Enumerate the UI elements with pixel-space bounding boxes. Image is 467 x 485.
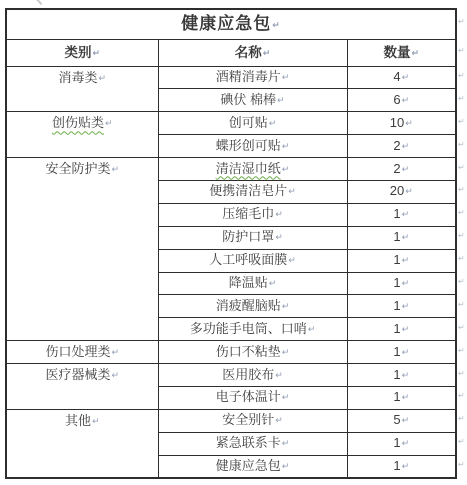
- end-of-cell-mark: ↵: [277, 95, 285, 105]
- item-quantity-cell[interactable]: 5↵: [347, 409, 456, 432]
- end-of-cell-mark: ↵: [275, 209, 283, 219]
- item-quantity: 2: [393, 138, 400, 153]
- end-of-cell-mark: ↵: [402, 324, 410, 334]
- item-name: 创可贴: [229, 115, 268, 130]
- item-name: 紧急联系卡: [216, 435, 281, 450]
- item-quantity-cell[interactable]: 1↵: [347, 386, 456, 409]
- end-of-cell-mark: ↵: [282, 164, 290, 174]
- item-quantity: 5: [393, 412, 400, 427]
- end-of-cell-mark: ↵: [402, 232, 410, 242]
- item-quantity: 1: [393, 344, 400, 359]
- item-name-cell[interactable]: 清洁湿巾纸↵: [158, 158, 347, 181]
- end-of-cell-mark: ↵: [275, 232, 283, 242]
- column-header-name[interactable]: 名称↵: [158, 39, 347, 66]
- item-quantity-cell[interactable]: 2↵: [347, 158, 456, 181]
- item-name-cell[interactable]: 人工呼吸面膜↵: [158, 249, 347, 272]
- end-of-cell-mark: ↵: [402, 164, 410, 174]
- end-of-cell-mark: ↵: [263, 48, 271, 58]
- item-name-cell[interactable]: 电子体温计↵: [158, 386, 347, 409]
- end-of-cell-mark: ↵: [111, 370, 119, 380]
- end-of-row-mark: ↵: [458, 94, 465, 103]
- category-cell[interactable]: 伤口处理类↵: [6, 341, 158, 364]
- end-of-cell-mark: ↵: [282, 392, 290, 402]
- end-of-row-mark: ↵: [458, 391, 465, 400]
- end-of-cell-mark: ↵: [111, 347, 119, 357]
- item-name: 电子体温计: [216, 389, 281, 404]
- category-label: 伤口处理类: [45, 344, 110, 359]
- item-name: 医用胶布: [222, 367, 274, 382]
- end-of-cell-mark: ↵: [269, 278, 277, 288]
- item-quantity: 1: [393, 435, 400, 450]
- item-quantity-cell[interactable]: 1↵: [347, 364, 456, 387]
- column-header-label: 名称: [235, 45, 262, 60]
- category-cell[interactable]: 其他↵: [6, 409, 158, 478]
- category-cell[interactable]: 安全防护类↵: [6, 158, 158, 341]
- item-name-cell[interactable]: 创可贴↵: [158, 112, 347, 135]
- end-of-row-mark: ↵: [458, 437, 465, 446]
- end-of-cell-mark: ↵: [282, 301, 290, 311]
- end-of-cell-mark: ↵: [282, 347, 290, 357]
- item-name: 便携清洁皂片: [209, 183, 287, 198]
- item-quantity: 4: [393, 69, 400, 84]
- item-name: 蝶形创可贴: [216, 138, 281, 153]
- end-of-cell-mark: ↵: [402, 415, 410, 425]
- end-of-row-mark: ↵: [458, 163, 465, 172]
- item-name: 清洁湿巾纸: [216, 161, 281, 176]
- end-of-cell-mark: ↵: [308, 324, 316, 334]
- category-label: 安全防护类: [45, 161, 110, 176]
- end-of-cell-mark: ↵: [282, 461, 290, 471]
- page-artifact-mark: [37, 0, 43, 5]
- category-label: 消毒类: [58, 70, 97, 85]
- item-name-cell[interactable]: 多功能手电筒、口哨↵: [158, 318, 347, 341]
- end-of-cell-mark: ↵: [402, 301, 410, 311]
- end-of-cell-mark: ↵: [92, 48, 100, 58]
- end-of-row-mark: ↵: [458, 46, 465, 55]
- end-of-row-mark: ↵: [458, 323, 465, 332]
- item-quantity-cell[interactable]: 20↵: [347, 180, 456, 203]
- end-of-row-mark: ↵: [458, 300, 465, 309]
- item-quantity-cell[interactable]: 1↵: [347, 318, 456, 341]
- item-name-cell[interactable]: 安全别针↵: [158, 409, 347, 432]
- item-name-cell[interactable]: 医用胶布↵: [158, 364, 347, 387]
- end-of-cell-mark: ↵: [402, 370, 410, 380]
- end-of-cell-mark: ↵: [405, 186, 413, 196]
- end-of-cell-mark: ↵: [111, 164, 119, 174]
- table-row: 创伤贴类↵创可贴↵10↵: [6, 112, 456, 135]
- item-quantity: 1: [393, 229, 400, 244]
- table-row: 消毒类↵酒精消毒片↵4↵: [6, 66, 456, 89]
- category-cell[interactable]: 医疗器械类↵: [6, 364, 158, 410]
- end-of-row-mark: ↵: [458, 369, 465, 378]
- end-of-row-mark: ↵: [458, 117, 465, 126]
- end-of-row-mark: ↵: [458, 71, 465, 80]
- item-quantity-cell[interactable]: 2↵: [347, 135, 456, 158]
- end-of-cell-mark: ↵: [105, 118, 113, 128]
- item-name: 防护口罩: [222, 229, 274, 244]
- item-quantity-cell[interactable]: 1↵: [347, 249, 456, 272]
- end-of-cell-mark: ↵: [402, 438, 410, 448]
- item-name: 人工呼吸面膜: [209, 252, 287, 267]
- item-name-cell[interactable]: 健康应急包↵: [158, 455, 347, 478]
- item-quantity: 1: [393, 298, 400, 313]
- item-name: 酒精消毒片: [216, 69, 281, 84]
- end-of-cell-mark: ↵: [275, 415, 283, 425]
- end-of-row-mark: ↵: [458, 414, 465, 423]
- end-of-row-mark: ↵: [458, 231, 465, 240]
- column-header-quantity[interactable]: 数量↵: [347, 39, 456, 66]
- item-name-cell[interactable]: 蝶形创可贴↵: [158, 135, 347, 158]
- end-of-cell-mark: ↵: [402, 392, 410, 402]
- table-body: 健康应急包↵类别↵名称↵数量↵消毒类↵酒精消毒片↵4↵碘伏 棉棒↵6↵创伤贴类↵…: [6, 9, 456, 478]
- item-name: 降温贴: [229, 275, 268, 290]
- item-name-cell[interactable]: 降温贴↵: [158, 272, 347, 295]
- table-title-cell[interactable]: 健康应急包↵: [6, 9, 456, 39]
- end-of-row-mark: ↵: [458, 277, 465, 286]
- item-quantity-cell[interactable]: 4↵: [347, 66, 456, 89]
- item-name-cell[interactable]: 压缩毛巾↵: [158, 203, 347, 226]
- end-of-row-mark: ↵: [458, 185, 465, 194]
- item-quantity-cell[interactable]: 6↵: [347, 89, 456, 112]
- item-quantity: 10: [390, 115, 404, 130]
- end-of-cell-mark: ↵: [402, 209, 410, 219]
- item-quantity-cell[interactable]: 1↵: [347, 341, 456, 364]
- item-name: 健康应急包: [216, 458, 281, 473]
- category-cell[interactable]: 创伤贴类↵: [6, 112, 158, 158]
- end-of-cell-mark: ↵: [282, 438, 290, 448]
- end-of-cell-mark: ↵: [402, 278, 410, 288]
- column-header-label: 类别: [64, 45, 91, 60]
- table-row: 伤口处理类↵伤口不粘垫↵1↵: [6, 341, 456, 364]
- item-quantity-cell[interactable]: 1↵: [347, 226, 456, 249]
- column-header-category[interactable]: 类别↵: [6, 39, 158, 66]
- end-of-cell-mark: ↵: [282, 72, 290, 82]
- table-title: 健康应急包: [181, 14, 271, 33]
- document-page: 健康应急包↵类别↵名称↵数量↵消毒类↵酒精消毒片↵4↵碘伏 棉棒↵6↵创伤贴类↵…: [0, 0, 467, 485]
- item-quantity: 1: [393, 458, 400, 473]
- end-of-cell-mark: ↵: [402, 95, 410, 105]
- end-of-cell-mark: ↵: [402, 255, 410, 265]
- item-quantity: 1: [393, 389, 400, 404]
- end-of-cell-mark: ↵: [405, 118, 413, 128]
- item-quantity: 2: [393, 161, 400, 176]
- item-name-cell[interactable]: 紧急联系卡↵: [158, 432, 347, 455]
- end-of-row-mark: ↵: [458, 460, 465, 469]
- item-name-cell[interactable]: 消疲醒脑贴↵: [158, 295, 347, 318]
- item-quantity: 1: [393, 321, 400, 336]
- item-quantity: 1: [393, 206, 400, 221]
- end-of-cell-mark: ↵: [269, 118, 277, 128]
- end-of-cell-mark: ↵: [402, 461, 410, 471]
- end-of-row-mark: ↵: [458, 346, 465, 355]
- item-quantity-cell[interactable]: 1↵: [347, 272, 456, 295]
- end-of-cell-mark: ↵: [275, 370, 283, 380]
- item-quantity: 20: [390, 183, 404, 198]
- item-quantity: 1: [393, 367, 400, 382]
- end-of-cell-mark: ↵: [288, 255, 296, 265]
- item-name: 压缩毛巾: [222, 206, 274, 221]
- item-name: 多功能手电筒、口哨: [190, 321, 307, 336]
- category-label: 其他: [65, 413, 91, 428]
- end-of-row-mark: ↵: [458, 254, 465, 263]
- table-row: 安全防护类↵清洁湿巾纸↵2↵: [6, 158, 456, 181]
- emergency-kit-table: 健康应急包↵类别↵名称↵数量↵消毒类↵酒精消毒片↵4↵碘伏 棉棒↵6↵创伤贴类↵…: [5, 8, 457, 479]
- item-name: 安全别针: [222, 412, 274, 427]
- end-of-cell-mark: ↵: [402, 347, 410, 357]
- item-name-cell[interactable]: 防护口罩↵: [158, 226, 347, 249]
- item-quantity: 1: [393, 252, 400, 267]
- item-name-cell[interactable]: 酒精消毒片↵: [158, 66, 347, 89]
- end-of-cell-mark: ↵: [402, 141, 410, 151]
- category-label: 医疗器械类: [45, 367, 110, 382]
- end-of-cell-mark: ↵: [282, 141, 290, 151]
- item-name: 碘伏 棉棒: [220, 92, 276, 107]
- end-of-row-mark: ↵: [458, 208, 465, 217]
- item-quantity-cell[interactable]: 1↵: [347, 295, 456, 318]
- end-of-cell-mark: ↵: [288, 186, 296, 196]
- end-of-cell-mark: ↵: [98, 73, 106, 83]
- item-name: 消疲醒脑贴: [216, 298, 281, 313]
- end-of-row-mark: ↵: [458, 17, 465, 26]
- item-quantity-cell[interactable]: 1↵: [347, 203, 456, 226]
- end-of-row-mark: ↵: [458, 140, 465, 149]
- item-quantity-cell[interactable]: 10↵: [347, 112, 456, 135]
- end-of-cell-mark: ↵: [272, 20, 281, 30]
- end-of-cell-mark: ↵: [411, 48, 419, 58]
- table-row: 其他↵安全别针↵5↵: [6, 409, 456, 432]
- item-name-cell[interactable]: 便携清洁皂片↵: [158, 180, 347, 203]
- end-of-cell-mark: ↵: [402, 72, 410, 82]
- item-name: 伤口不粘垫: [216, 344, 281, 359]
- item-quantity-cell[interactable]: 1↵: [347, 432, 456, 455]
- table-row: 医疗器械类↵医用胶布↵1↵: [6, 364, 456, 387]
- item-name-cell[interactable]: 伤口不粘垫↵: [158, 341, 347, 364]
- category-cell[interactable]: 消毒类↵: [6, 66, 158, 112]
- end-of-cell-mark: ↵: [92, 416, 100, 426]
- item-quantity: 6: [393, 92, 400, 107]
- category-label: 创伤贴类: [52, 115, 104, 130]
- item-name-cell[interactable]: 碘伏 棉棒↵: [158, 89, 347, 112]
- item-quantity: 1: [393, 275, 400, 290]
- item-quantity-cell[interactable]: 1↵: [347, 455, 456, 478]
- column-header-label: 数量: [383, 45, 410, 60]
